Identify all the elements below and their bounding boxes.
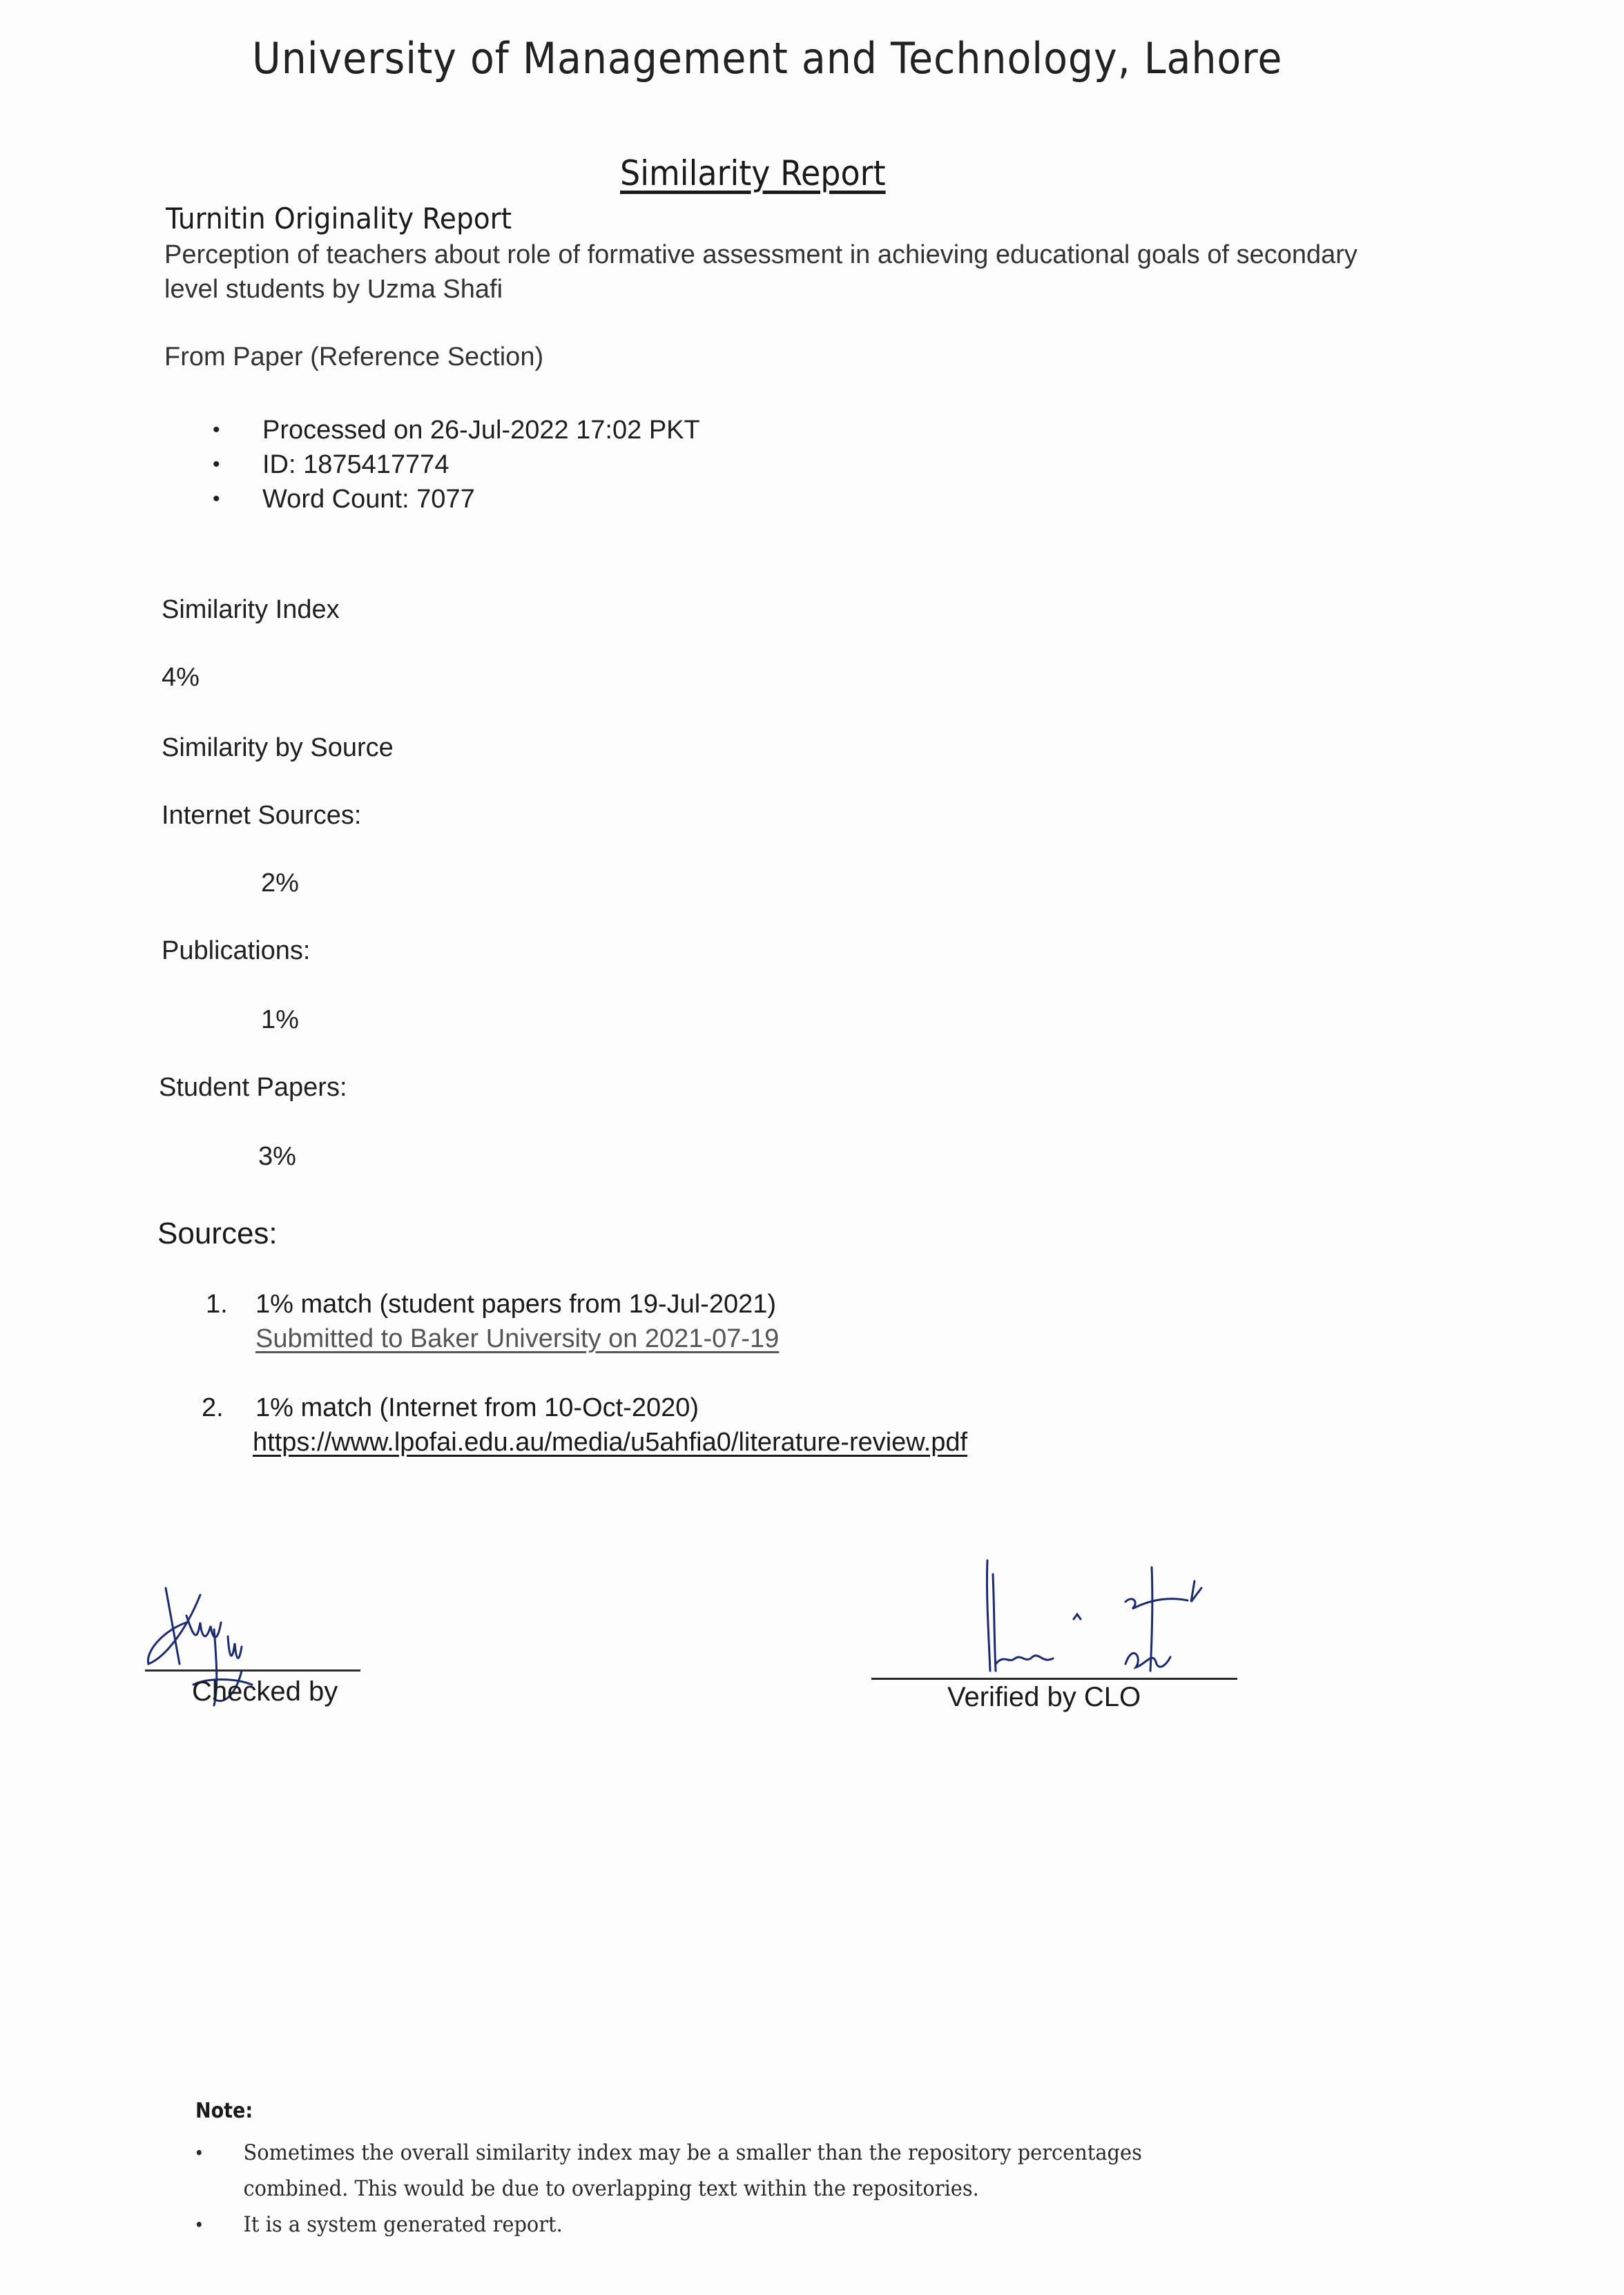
checked-by-line xyxy=(145,1669,360,1672)
source-2-number: 2. xyxy=(202,1393,224,1423)
source-1-number: 1. xyxy=(206,1290,228,1319)
university-title: University of Management and Technology,… xyxy=(252,33,1282,84)
verified-by-line xyxy=(871,1678,1237,1680)
report-meta-list: •Processed on 26-Jul-2022 17:02 PKT •ID:… xyxy=(207,413,700,516)
meta-id: •ID: 1875417774 xyxy=(207,447,700,482)
note-heading: Note: xyxy=(195,2099,253,2123)
similarity-by-source-label: Similarity by Source xyxy=(162,733,394,763)
verified-by-signature xyxy=(967,1553,1243,1678)
bullet-icon: • xyxy=(196,2207,202,2243)
turnitin-heading: Turnitin Originality Report xyxy=(166,202,512,235)
note-list: •Sometimes the overall similarity index … xyxy=(193,2135,1312,2243)
checked-by-label: Checked by xyxy=(192,1676,338,1707)
publications-label: Publications: xyxy=(162,936,310,966)
source-1-match: 1% match (student papers from 19-Jul-202… xyxy=(255,1290,776,1319)
source-2-match: 1% match (Internet from 10-Oct-2020) xyxy=(255,1393,699,1423)
verified-by-label: Verified by CLO xyxy=(947,1682,1141,1713)
sources-heading: Sources: xyxy=(157,1217,278,1251)
from-paper-label: From Paper (Reference Section) xyxy=(164,342,543,372)
paper-title: Perception of teachers about role of for… xyxy=(164,238,1407,307)
bullet-icon: • xyxy=(213,413,220,447)
source-2-link[interactable]: https://www.lpofai.edu.au/media/u5ahfia0… xyxy=(253,1428,967,1458)
note-item: •It is a system generated report. xyxy=(193,2207,1234,2243)
bullet-icon: • xyxy=(196,2135,202,2171)
similarity-index-label: Similarity Index xyxy=(162,595,340,625)
meta-word-count: •Word Count: 7077 xyxy=(207,482,700,516)
source-1-link[interactable]: Submitted to Baker University on 2021-07… xyxy=(255,1324,779,1354)
student-papers-value: 3% xyxy=(258,1142,296,1172)
meta-processed: •Processed on 26-Jul-2022 17:02 PKT xyxy=(207,413,700,447)
bullet-icon: • xyxy=(213,447,220,482)
publications-value: 1% xyxy=(261,1005,299,1035)
student-papers-label: Student Papers: xyxy=(159,1073,347,1103)
similarity-index-value: 4% xyxy=(162,663,200,693)
note-item: •Sometimes the overall similarity index … xyxy=(193,2135,1234,2207)
report-title: Similarity Report xyxy=(620,153,886,193)
internet-sources-label: Internet Sources: xyxy=(162,801,361,831)
bullet-icon: • xyxy=(213,482,220,516)
internet-sources-value: 2% xyxy=(261,869,299,898)
document-page: University of Management and Technology,… xyxy=(0,0,1624,2295)
